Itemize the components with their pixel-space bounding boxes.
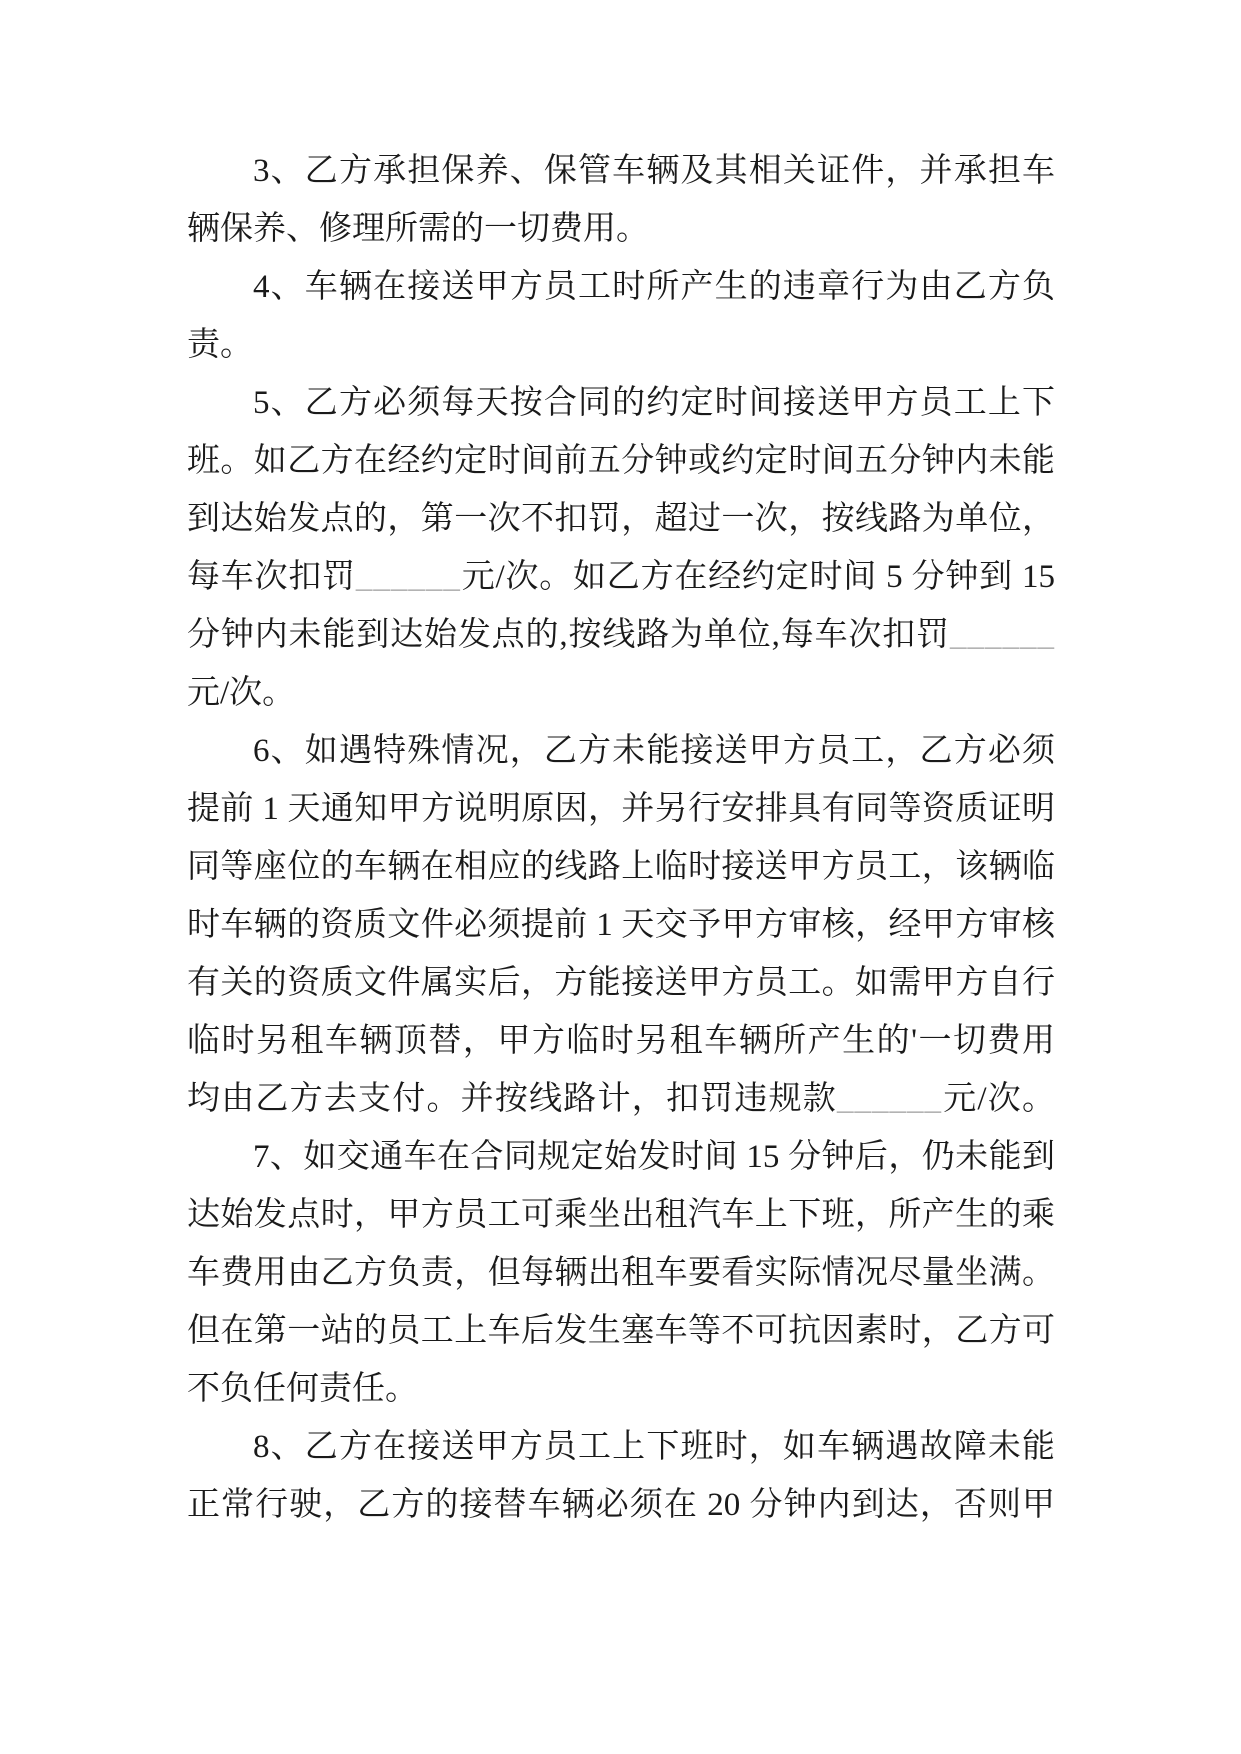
text-line: 达始发点时，甲方员工可乘坐出租汽车上下班，所产生的乘 [187, 1186, 1055, 1244]
text-line: 7、如交通车在合同规定始发时间 15 分钟后，仍未能到 [187, 1128, 1055, 1186]
text-line: 辆保养、修理所需的一切费用。 [187, 200, 1055, 258]
contract-text: 3、乙方承担保养、保管车辆及其相关证件，并承担车 辆保养、修理所需的一切费用。 … [187, 142, 1055, 1534]
text-line: 4、车辆在接送甲方员工时所产生的违章行为由乙方负 [187, 258, 1055, 316]
clause-3: 3、乙方承担保养、保管车辆及其相关证件，并承担车 辆保养、修理所需的一切费用。 [187, 142, 1055, 258]
fill-in-blank: ______ [950, 617, 1055, 653]
fill-in-blank: ______ [356, 559, 461, 595]
text-line: 责。 [187, 316, 1055, 374]
contract-page: 3、乙方承担保养、保管车辆及其相关证件，并承担车 辆保养、修理所需的一切费用。 … [0, 0, 1241, 1754]
text-line: 班。如乙方在经约定时间前五分钟或约定时间五分钟内未能 [187, 432, 1055, 490]
text-line: 但在第一站的员工上车后发生塞车等不可抗因素时，乙方可 [187, 1302, 1055, 1360]
text-line: 有关的资质文件属实后，方能接送甲方员工。如需甲方自行 [187, 954, 1055, 1012]
text-line: 6、如遇特殊情况，乙方未能接送甲方员工，乙方必须 [187, 722, 1055, 780]
text-line: 不负任何责任。 [187, 1360, 1055, 1418]
text-line: 分钟内未能到达始发点的,按线路为单位,每车次扣罚______ [187, 606, 1055, 664]
text-line: 元/次。 [187, 664, 1055, 722]
clause-5: 5、乙方必须每天按合同的约定时间接送甲方员工上下 班。如乙方在经约定时间前五分钟… [187, 374, 1055, 722]
text-segment: 元/次。如乙方在经约定时间 5 分钟到 15 [461, 559, 1055, 595]
fill-in-blank: ______ [837, 1081, 942, 1117]
text-segment: 每车次扣罚 [187, 559, 356, 595]
text-line: 时车辆的资质文件必须提前 1 天交予甲方审核，经甲方审核 [187, 896, 1055, 954]
text-line: 3、乙方承担保养、保管车辆及其相关证件，并承担车 [187, 142, 1055, 200]
text-line: 8、乙方在接送甲方员工上下班时，如车辆遇故障未能 [187, 1418, 1055, 1476]
clause-6: 6、如遇特殊情况，乙方未能接送甲方员工，乙方必须 提前 1 天通知甲方说明原因，… [187, 722, 1055, 1128]
clause-7: 7、如交通车在合同规定始发时间 15 分钟后，仍未能到 达始发点时，甲方员工可乘… [187, 1128, 1055, 1418]
text-segment: 元/次。 [942, 1081, 1055, 1117]
text-line: 5、乙方必须每天按合同的约定时间接送甲方员工上下 [187, 374, 1055, 432]
text-line: 每车次扣罚______元/次。如乙方在经约定时间 5 分钟到 15 [187, 548, 1055, 606]
text-line: 提前 1 天通知甲方说明原因，并另行安排具有同等资质证明 [187, 780, 1055, 838]
text-line: 车费用由乙方负责，但每辆出租车要看实际情况尽量坐满。 [187, 1244, 1055, 1302]
text-line: 正常行驶，乙方的接替车辆必须在 20 分钟内到达，否则甲 [187, 1476, 1055, 1534]
text-line: 同等座位的车辆在相应的线路上临时接送甲方员工，该辆临 [187, 838, 1055, 896]
text-line: 到达始发点的，第一次不扣罚，超过一次，按线路为单位， [187, 490, 1055, 548]
clause-8: 8、乙方在接送甲方员工上下班时，如车辆遇故障未能 正常行驶，乙方的接替车辆必须在… [187, 1418, 1055, 1534]
text-line: 临时另租车辆顶替，甲方临时另租车辆所产生的'一切费用 [187, 1012, 1055, 1070]
text-segment: 均由乙方去支付。并按线路计，扣罚违规款 [187, 1081, 837, 1117]
text-line: 均由乙方去支付。并按线路计，扣罚违规款______元/次。 [187, 1070, 1055, 1128]
clause-4: 4、车辆在接送甲方员工时所产生的违章行为由乙方负 责。 [187, 258, 1055, 374]
text-segment: 分钟内未能到达始发点的,按线路为单位,每车次扣罚 [187, 617, 950, 653]
